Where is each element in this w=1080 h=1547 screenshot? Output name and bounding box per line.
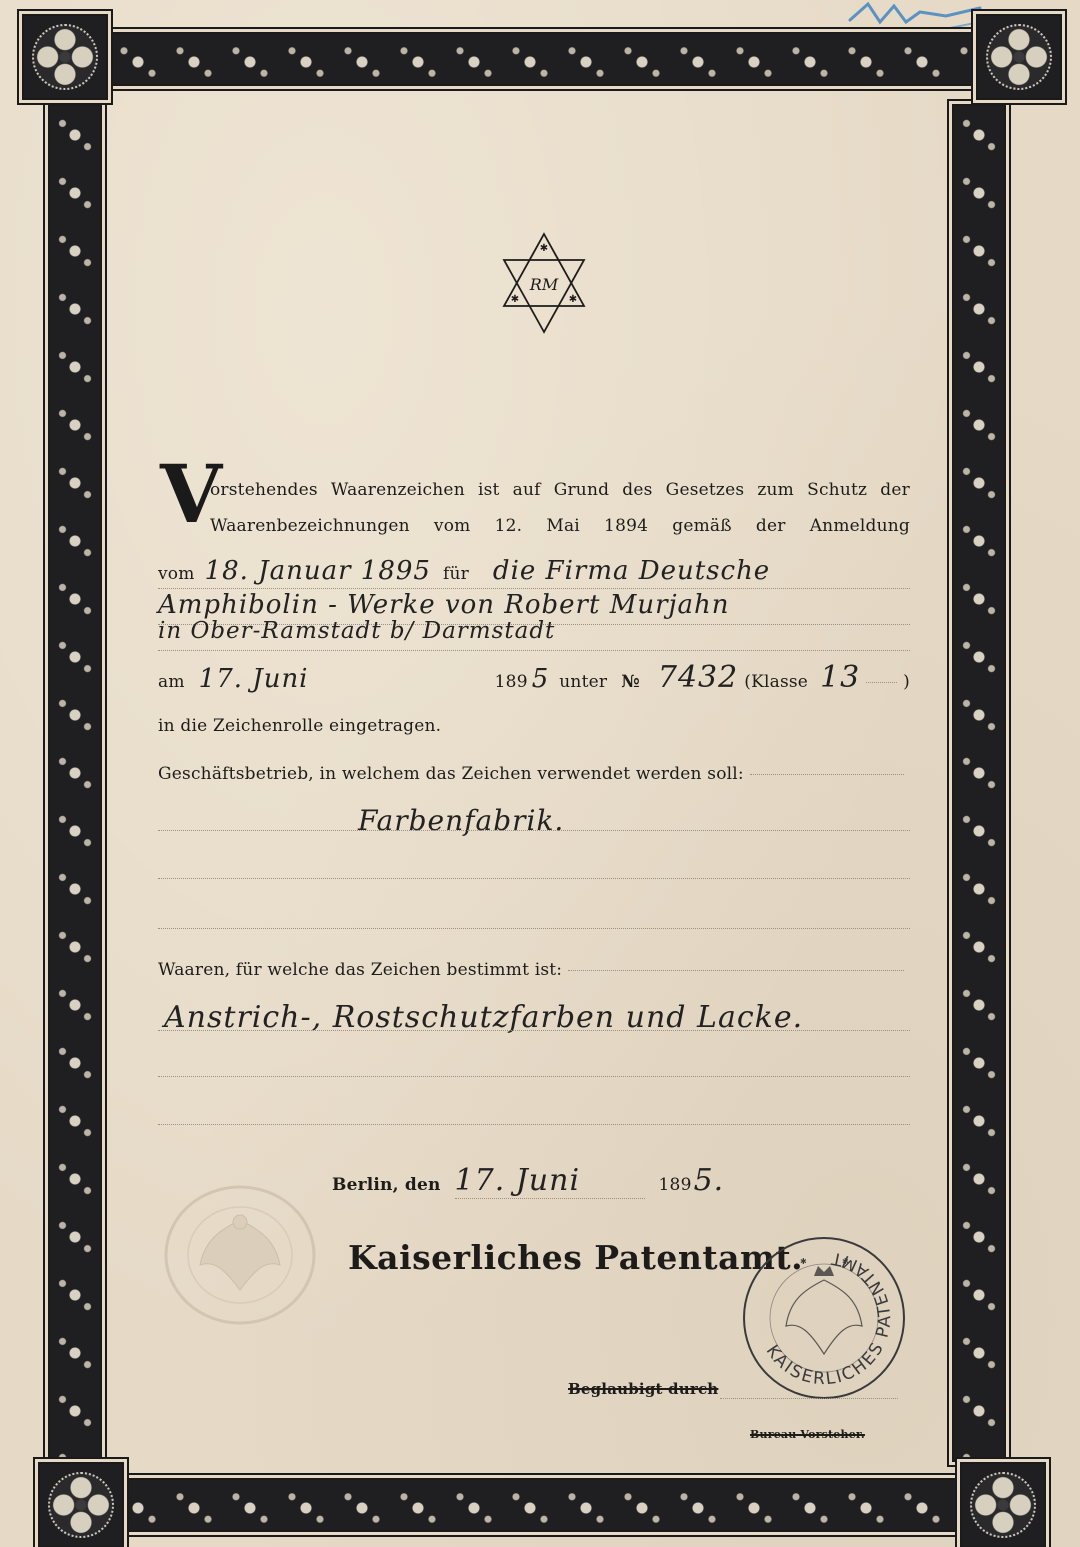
ornamental-border-left <box>48 104 102 1462</box>
rosette-icon <box>986 24 1052 90</box>
bureau-head-struck: Bureau-Vorsteher. <box>750 1428 865 1441</box>
business-value-line: Farbenfabrik. <box>158 804 910 837</box>
text-word: 1894 <box>604 516 648 536</box>
place-label: Berlin, den <box>332 1175 441 1195</box>
close-paren: ) <box>903 672 910 692</box>
svg-text:✱: ✱ <box>842 1257 849 1266</box>
text-word: vom <box>434 516 471 536</box>
label-number: № <box>621 672 640 692</box>
certificate-page: RM ✱ ✱ ✱ V orstehendes Waarenzeichen ist… <box>0 0 1080 1547</box>
corner-rosette-top-right <box>976 14 1062 100</box>
registration-number-field[interactable]: 7432 <box>658 660 738 695</box>
klasse-field[interactable]: 13 <box>820 660 860 695</box>
dotted-fill <box>568 970 904 971</box>
intro-line-1: orstehendes Waarenzeichen ist auf Grund … <box>210 480 910 500</box>
svg-text:✱: ✱ <box>569 294 577 305</box>
firm-line-3: in Ober-Ramstadt b/ Darmstadt <box>158 618 910 644</box>
corner-rosette-top-left <box>22 14 108 100</box>
dotted-rule <box>158 1030 910 1031</box>
text-word: des <box>622 480 652 500</box>
trademark-star-icon: RM ✱ ✱ ✱ <box>498 230 590 336</box>
firm-line-2: Amphibolin - Werke von Robert Murjahn <box>158 590 910 620</box>
issue-date-field[interactable]: 17. Juni <box>455 1163 645 1199</box>
rosette-icon <box>970 1472 1036 1538</box>
firm-address-field[interactable]: in Ober-Ramstadt b/ Darmstadt <box>158 618 555 644</box>
trademark-monogram: RM <box>529 275 559 294</box>
label-am: am <box>158 672 185 692</box>
business-label-line: Geschäftsbetrieb, in welchem das Zeichen… <box>158 764 910 784</box>
ornamental-border-right <box>952 104 1006 1462</box>
text-word: ist <box>478 480 500 500</box>
text-word: Grund <box>554 480 610 500</box>
dotted-fill <box>750 774 904 775</box>
label-unter: unter <box>559 672 607 692</box>
label-klasse: (Klasse <box>744 672 808 692</box>
text-word: der <box>880 480 910 500</box>
text-word: Waarenzeichen <box>331 480 465 500</box>
business-label: Geschäftsbetrieb, in welchem das Zeichen… <box>158 764 744 784</box>
ornamental-border-top <box>108 32 976 86</box>
patent-office-stamp-icon: KAISERLICHES PATENTAMT ✱ ✱ <box>738 1234 910 1402</box>
text-word: gemäß <box>672 516 732 536</box>
dotted-rule <box>158 1124 910 1125</box>
registration-line: am 17. Juni 189 5 unter № 7432 (Klasse 1… <box>158 660 910 695</box>
svg-text:✱: ✱ <box>511 294 519 305</box>
text-word: Anmeldung <box>810 516 910 536</box>
decorative-initial: V <box>160 446 204 542</box>
firm-name-field-line1[interactable]: die Firma Deutsche <box>493 556 770 586</box>
registration-year-field[interactable]: 5 <box>532 664 550 694</box>
dotted-rule <box>158 1076 910 1077</box>
year-prefix: 189 <box>659 1175 692 1195</box>
goods-label-line: Waaren, für welche das Zeichen bestimmt … <box>158 960 910 980</box>
svg-text:✱: ✱ <box>800 1257 807 1266</box>
dotted-rule <box>158 650 910 651</box>
application-date-field[interactable]: 18. Januar 1895 <box>205 556 431 586</box>
corner-rosette-bottom-right <box>960 1462 1046 1547</box>
dotted-rule <box>158 878 910 879</box>
svg-text:✱: ✱ <box>540 243 548 254</box>
text-word: Gesetzes <box>666 480 745 500</box>
firm-name-field-line2[interactable]: Amphibolin - Werke von Robert Murjahn <box>158 590 730 620</box>
entered-text: in die Zeichenrolle eingetragen. <box>158 716 910 736</box>
rosette-icon <box>32 24 98 90</box>
text-word: orstehendes <box>210 480 318 500</box>
registration-day-field[interactable]: 17. Juni <box>199 664 459 694</box>
text-word: Schutz <box>807 480 867 500</box>
certified-by-line <box>720 1398 898 1399</box>
issue-year-field[interactable]: 5. <box>694 1163 725 1198</box>
dotted-rule <box>158 830 910 831</box>
ornamental-border-bottom <box>108 1478 976 1532</box>
text-word: Waarenbezeichnungen <box>210 516 410 536</box>
issuing-office: Kaiserliches Patentamt. <box>348 1238 803 1277</box>
text-word: der <box>756 516 786 536</box>
application-date-line: vom 18. Januar 1895 für die Firma Deutsc… <box>158 556 910 586</box>
rosette-icon <box>48 1472 114 1538</box>
label-fuer: für <box>443 564 469 584</box>
dotted-rule <box>158 588 910 589</box>
dotted-rule <box>158 928 910 929</box>
certified-by-struck: Beglaubigt durch <box>568 1380 718 1398</box>
dotted-fill <box>866 682 897 683</box>
year-prefix: 189 <box>495 672 528 692</box>
text-word: zum <box>757 480 794 500</box>
corner-rosette-bottom-left <box>38 1462 124 1547</box>
place-date-line: Berlin, den 17. Juni 189 5. <box>332 1163 724 1199</box>
text-word: Mai <box>546 516 580 536</box>
goods-label: Waaren, für welche das Zeichen bestimmt … <box>158 960 562 980</box>
label-vom: vom <box>158 564 195 584</box>
intro-line-2: Waarenbezeichnungen vom 12. Mai 1894 gem… <box>210 516 910 536</box>
text-word: 12. <box>495 516 523 536</box>
business-type-field[interactable]: Farbenfabrik. <box>358 804 564 837</box>
embossed-seal-icon <box>160 1180 320 1330</box>
text-word: auf <box>513 480 541 500</box>
